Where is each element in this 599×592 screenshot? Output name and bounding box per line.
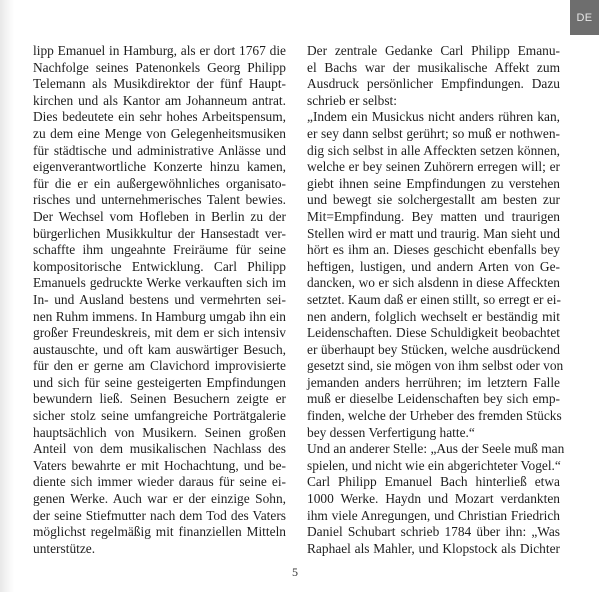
text-line: er sey dann selbst gerührt; so muß er no… [307,126,560,143]
text-line: hauptsächlich von Musikern. Seinen große… [33,425,286,442]
text-line: giebt ihnen seine Empfindungen zu verste… [307,176,560,193]
text-line: jemanden anders herrühren; im letztern F… [307,375,560,392]
text-line: und sich für seine gesteigerten Empfindu… [33,375,286,392]
language-tab-label: DE [577,12,593,24]
text-line: Und an anderer Stelle: „Aus der Seele mu… [307,441,560,458]
text-line: lipp Emanuel in Hamburg, als er dort 176… [33,43,286,60]
text-line: bey dessen Verfertigung hatte.“ [307,425,560,442]
text-line: Dies bedeutete ein sehr hohes Arbeitspen… [33,109,286,126]
text-line: ihm viele Anregungen, und Christian Frie… [307,508,560,525]
text-line: der seine Stiefmutter nach dem Tod des V… [33,508,286,525]
text-line: finden, welche der Urheber des fremden S… [307,408,560,425]
text-line: dig sich selbst in alle Affeckten setzen… [307,143,560,160]
text-line: schaffte ihm ungeahnte Freiräume für sei… [33,242,286,259]
text-line: muß er dieselbe Leidenschaften bey sich … [307,391,560,408]
language-tab: DE [570,0,599,35]
text-line: „Indem ein Musickus nicht anders rühren … [307,109,560,126]
text-line: zu dem eine Menge von Gelegenheitsmusike… [33,126,286,143]
text-line: Daniel Schubart schrieb 1784 über ihn: „… [307,524,560,541]
text-line: er überhaupt bey Stücken, welche ausdrüc… [307,342,560,359]
text-line: setztet. Kaum daß er einen stillt, so er… [307,292,560,309]
text-line: schrieb er selbst: [307,93,560,110]
text-line: Der Wechsel vom Hofleben in Berlin zu de… [33,209,286,226]
text-line: Stellen wird er matt und traurig. Man si… [307,226,560,243]
text-line: risches und unternehmerisches Talent bew… [33,192,286,209]
text-line: Telemann als Musikdirektor der fünf Haup… [33,76,286,93]
page-number: 5 [292,565,298,580]
text-line: Raphael als Mahler, und Klopstock als Di… [307,541,560,558]
text-line: Emanuels gedruckte Werke verkauften sich… [33,275,286,292]
text-line: eigenverantwortliche Konzerte hinzu kame… [33,159,286,176]
text-line: diente sich immer wieder daraus für sein… [33,474,286,491]
text-line: nen Ruhm immens. In Hamburg umgab ihn ei… [33,309,286,326]
text-line: Anteil von dem musikalischen Nachlass de… [33,441,286,458]
text-line: dancken, wo er sich alsdenn in diese Aff… [307,275,560,292]
text-line: bürgerlichen Musikkultur der Hansestadt … [33,226,286,243]
text-line: Leidenschaften. Diese Schuldigkeit beoba… [307,325,560,342]
text-line: Ausdruck persönlicher Empfindungen. Dazu [307,76,560,93]
text-line: welche er bey seinen Zuhörern erregen wi… [307,159,560,176]
text-line: genen Werke. Auch war er der einzige Soh… [33,491,286,508]
text-line: hört es ihm an. Dieses geschicht ebenfal… [307,242,560,259]
text-line: möglichst regelmäßig mit finanziellen Mi… [33,524,286,541]
text-line: nen andern, folglich wechselt er beständ… [307,309,560,326]
right-text-column: Der zentrale Gedanke Carl Philipp Emanu-… [307,43,560,557]
text-line: für den er gerne am Clavichord improvisi… [33,358,286,375]
text-line: kirchen und als Kantor am Johanneum antr… [33,93,286,110]
left-text-column: lipp Emanuel in Hamburg, als er dort 176… [33,43,286,557]
text-line: sicher stolz seine umfangreiche Porträtg… [33,408,286,425]
text-line: spielen, und nicht wie ein abgerichteter… [307,458,560,475]
text-line: kompositorische Entwicklung. Carl Philip… [33,259,286,276]
text-line: für städtische und administrative Anläss… [33,143,286,160]
text-line: In- und Ausland bestens und vermehrten s… [33,292,286,309]
text-line: unterstütze. [33,541,286,558]
text-line: Mit=Empfindung. Bey matten und traurigen [307,209,560,226]
text-line: bewundern ließ. Seinen Besuchern zeigte … [33,391,286,408]
text-line: Carl Philipp Emanuel Bach hinterließ etw… [307,474,560,491]
page-binding-shadow [0,0,14,592]
text-line: großer Freundeskreis, mit dem er sich in… [33,325,286,342]
text-line: Vaters bewahrte er mit Hochachtung, und … [33,458,286,475]
text-line: austauschte, und oft kam auswärtiger Bes… [33,342,286,359]
text-line: Nachfolge seines Patenonkels Georg Phili… [33,60,286,77]
text-line: und bewegt sie solchergestallt am besten… [307,192,560,209]
text-line: für die er ein außergewöhnliches organis… [33,176,286,193]
text-line: 1000 Werke. Haydn und Mozart verdankten [307,491,560,508]
text-line: heftigen, lustigen, und andern Arten von… [307,259,560,276]
text-line: el Bachs war der musikalische Affekt zum [307,60,560,77]
text-line: Der zentrale Gedanke Carl Philipp Emanu- [307,43,560,60]
text-line: gesetzt sind, sie mögen von ihm selbst o… [307,358,560,375]
